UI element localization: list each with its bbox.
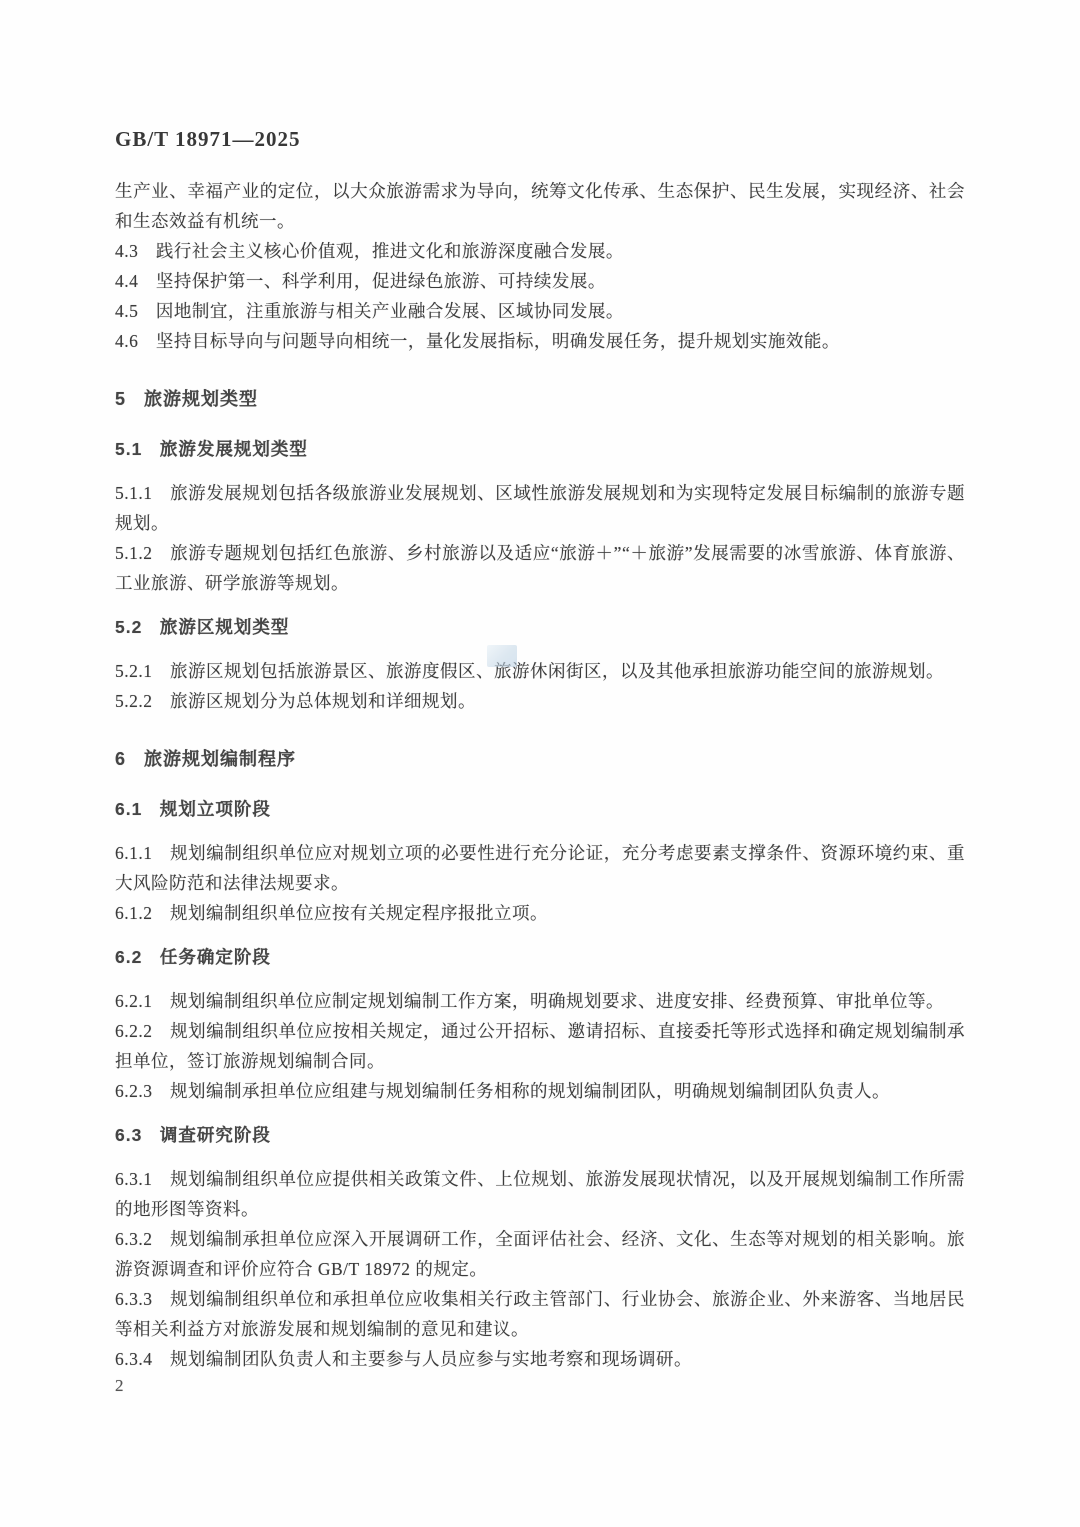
clause-number: 5.1.1 [115,483,153,503]
section-number: 5 [115,389,126,409]
clause-text: 旅游发展规划包括各级旅游业发展规划、区域性旅游发展规划和为实现特定发展目标编制的… [115,483,965,533]
clause-5-2-2: 5.2.2旅游区规划分为总体规划和详细规划。 [115,686,965,716]
clause-text: 规划编制组织单位应按有关规定程序报批立项。 [170,903,548,923]
clause-text: 坚持保护第一、科学利用，促进绿色旅游、可持续发展。 [156,271,606,291]
subsection-number: 6.2 [115,947,142,967]
document-body: 生产业、幸福产业的定位，以大众旅游需求为导向，统筹文化传承、生态保护、民生发展，… [115,176,965,1398]
clause-number: 6.3.4 [115,1349,153,1369]
clause-text: 规划编制团队负责人和主要参与人员应参与实地考察和现场调研。 [170,1349,692,1369]
clause-number: 5.1.2 [115,543,153,563]
clause-6-3-3: 6.3.3规划编制组织单位和承担单位应收集相关行政主管部门、行业协会、旅游企业、… [115,1284,965,1344]
clause-6-2-1: 6.2.1规划编制组织单位应制定规划编制工作方案，明确规划要求、进度安排、经费预… [115,986,965,1016]
clause-number: 6.1.1 [115,843,153,863]
subsection-title: 任务确定阶段 [160,947,271,967]
clause-number: 4.6 [115,331,138,351]
subsection-title: 规划立项阶段 [160,799,271,819]
subsection-6-3-heading: 6.3调查研究阶段 [115,1120,965,1150]
clause-4-5: 4.5因地制宜，注重旅游与相关产业融合发展、区域协同发展。 [115,296,965,326]
clause-6-3-2: 6.3.2规划编制承担单位应深入开展调研工作，全面评估社会、经济、文化、生态等对… [115,1224,965,1284]
subsection-5-2-heading: 5.2旅游区规划类型 [115,612,965,642]
clause-number: 5.2.2 [115,691,153,711]
clause-number: 5.2.1 [115,661,153,681]
clause-number: 6.2.2 [115,1021,153,1041]
document-page: GB/T 18971—2025 生产业、幸福产业的定位，以大众旅游需求为导向，统… [0,0,1080,1527]
clause-text: 规划编制组织单位和承担单位应收集相关行政主管部门、行业协会、旅游企业、外来游客、… [115,1289,965,1339]
clause-text: 规划编制承担单位应组建与规划编制任务相称的规划编制团队，明确规划编制团队负责人。 [170,1081,890,1101]
subsection-number: 6.3 [115,1125,142,1145]
clause-6-3-1: 6.3.1规划编制组织单位应提供相关政策文件、上位规划、旅游发展现状情况，以及开… [115,1164,965,1224]
subsection-number: 5.2 [115,617,142,637]
subsection-6-1-heading: 6.1规划立项阶段 [115,794,965,824]
clause-text: 践行社会主义核心价值观，推进文化和旅游深度融合发展。 [156,241,624,261]
section-title: 旅游规划编制程序 [144,749,296,769]
clause-5-1-2: 5.1.2旅游专题规划包括红色旅游、乡村旅游以及适应“旅游＋”“＋旅游”发展需要… [115,538,965,598]
clause-4-6: 4.6坚持目标导向与问题导向相统一，量化发展指标，明确发展任务，提升规划实施效能… [115,326,965,356]
clause-number: 4.5 [115,301,138,321]
section-6-heading: 6旅游规划编制程序 [115,744,965,774]
clause-5-2-1: 5.2.1旅游区规划包括旅游景区、旅游度假区、旅游休闲街区，以及其他承担旅游功能… [115,656,965,686]
clause-6-1-1: 6.1.1规划编制组织单位应对规划立项的必要性进行充分论证，充分考虑要素支撑条件… [115,838,965,898]
clause-text: 旅游专题规划包括红色旅游、乡村旅游以及适应“旅游＋”“＋旅游”发展需要的冰雪旅游… [115,543,965,593]
clause-6-1-2: 6.1.2规划编制组织单位应按有关规定程序报批立项。 [115,898,965,928]
clause-6-3-4: 6.3.4规划编制团队负责人和主要参与人员应参与实地考察和现场调研。 [115,1344,965,1374]
clause-text: 规划编制承担单位应深入开展调研工作，全面评估社会、经济、文化、生态等对规划的相关… [115,1229,965,1279]
clause-text: 规划编制组织单位应提供相关政策文件、上位规划、旅游发展现状情况，以及开展规划编制… [115,1169,965,1219]
subsection-number: 6.1 [115,799,142,819]
watermark-blob [487,645,517,667]
clause-4-3: 4.3践行社会主义核心价值观，推进文化和旅游深度融合发展。 [115,236,965,266]
paragraph-continuation: 生产业、幸福产业的定位，以大众旅游需求为导向，统筹文化传承、生态保护、民生发展，… [115,176,965,236]
clause-number: 6.3.3 [115,1289,153,1309]
clause-number: 6.2.3 [115,1081,153,1101]
subsection-title: 旅游区规划类型 [160,617,290,637]
clause-text: 旅游区规划包括旅游景区、旅游度假区、旅游休闲街区，以及其他承担旅游功能空间的旅游… [170,661,944,681]
clause-text: 规划编制组织单位应制定规划编制工作方案，明确规划要求、进度安排、经费预算、审批单… [170,991,944,1011]
clause-5-1-1: 5.1.1旅游发展规划包括各级旅游业发展规划、区域性旅游发展规划和为实现特定发展… [115,478,965,538]
subsection-number: 5.1 [115,439,142,459]
clause-number: 6.3.2 [115,1229,153,1249]
clause-number: 4.4 [115,271,138,291]
section-5-heading: 5旅游规划类型 [115,384,965,414]
page-number: 2 [115,1374,965,1398]
clause-number: 6.2.1 [115,991,153,1011]
clause-text: 规划编制组织单位应对规划立项的必要性进行充分论证，充分考虑要素支撑条件、资源环境… [115,843,965,893]
clause-4-4: 4.4坚持保护第一、科学利用，促进绿色旅游、可持续发展。 [115,266,965,296]
subsection-5-1-heading: 5.1旅游发展规划类型 [115,434,965,464]
clause-number: 6.1.2 [115,903,153,923]
clause-6-2-3: 6.2.3规划编制承担单位应组建与规划编制任务相称的规划编制团队，明确规划编制团… [115,1076,965,1106]
subsection-title: 旅游发展规划类型 [160,439,308,459]
subsection-title: 调查研究阶段 [160,1125,271,1145]
clause-number: 6.3.1 [115,1169,153,1189]
clause-text: 因地制宜，注重旅游与相关产业融合发展、区域协同发展。 [156,301,624,321]
clause-text: 坚持目标导向与问题导向相统一，量化发展指标，明确发展任务，提升规划实施效能。 [156,331,840,351]
standard-number-header: GB/T 18971—2025 [115,126,965,152]
section-number: 6 [115,749,126,769]
clause-text: 规划编制组织单位应按相关规定，通过公开招标、邀请招标、直接委托等形式选择和确定规… [115,1021,965,1071]
subsection-6-2-heading: 6.2任务确定阶段 [115,942,965,972]
section-title: 旅游规划类型 [144,389,258,409]
clause-6-2-2: 6.2.2规划编制组织单位应按相关规定，通过公开招标、邀请招标、直接委托等形式选… [115,1016,965,1076]
clause-number: 4.3 [115,241,138,261]
clause-text: 旅游区规划分为总体规划和详细规划。 [170,691,476,711]
